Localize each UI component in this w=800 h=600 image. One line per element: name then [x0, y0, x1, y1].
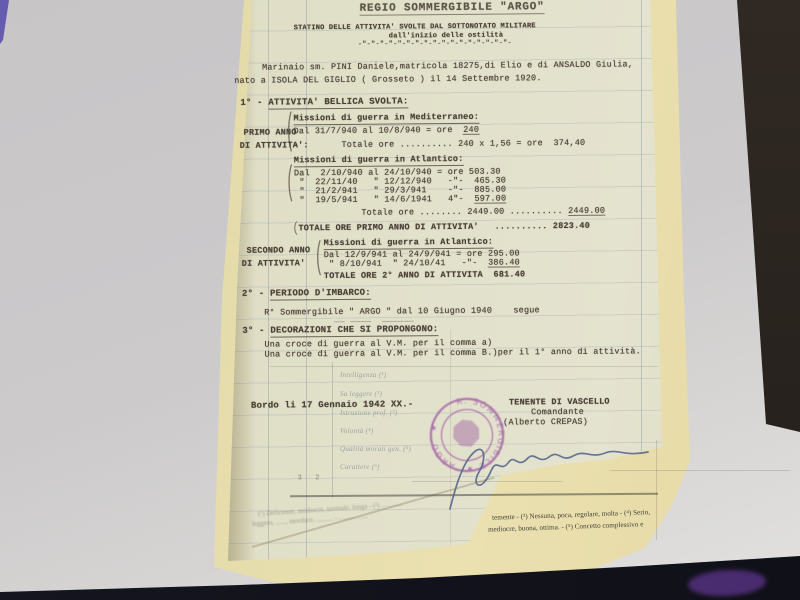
- section3-number: 3° -: [242, 326, 270, 336]
- mediterranean-missions-title: Missioni di guerra in Mediterraneo:: [293, 112, 479, 126]
- decoration-line-2: Una croce di guerra al V.M. per il comma…: [265, 346, 641, 359]
- year1-total-row: TOTALE ORE PRIMO ANNO DI ATTIVITA' .....…: [298, 221, 590, 234]
- section3-title: DECORAZIONI CHE SI PROPONGONO:: [270, 324, 438, 337]
- section2-title: PERIODO D'IMBARCO:: [270, 288, 371, 301]
- stamp-crest: [449, 416, 484, 452]
- subject-line-2: nato a ISOLA DEL GIGLIO ( Grosseto ) il …: [234, 73, 542, 86]
- mediterranean-mission-row: Dal 31/7/940 al 10/8/940 = ore 240: [294, 125, 480, 137]
- year2-total-row: TOTALE ORE 2° ANNO DI ATTIVITA 681.40: [324, 269, 526, 281]
- section1-title: ATTIVITA' BELLICA SVOLTA:: [268, 96, 408, 109]
- mediterranean-total-row: - Totale ore .......... 240 x 1,56 = ore…: [294, 138, 586, 151]
- underline-2449: [568, 215, 605, 216]
- year2-label-line1: SECONDO ANNO: [247, 245, 311, 256]
- signoff-role: Comandante: [531, 407, 584, 417]
- stamp-seal-icon: R. SOMMERGIBILE ★ "ARGO" ★: [420, 388, 514, 482]
- place-date-line: Bordo li 17 Gennaio 1942 XX.-: [251, 399, 414, 410]
- atlantic-missions-title: Missioni di guerra in Atlantico:: [294, 154, 464, 167]
- photo-of-document: temente - (³) Nessuna, poca, regolare, m…: [0, 0, 800, 600]
- signoff-name: (Alberto CREPAS): [503, 417, 588, 428]
- signoff-rank: TENENTE DI VASCELLO: [509, 397, 610, 408]
- underline-240: [463, 134, 480, 135]
- underline-386: [488, 266, 520, 267]
- subject-line-1: Marinaio sm. PINI Daniele,matricola 1827…: [262, 59, 633, 72]
- typed-content: REGIO SOMMERGIBILE "ARGO" STATINO DELLE …: [0, 0, 800, 600]
- submarine-argo-stamp: R. SOMMERGIBILE ★ "ARGO" ★: [420, 388, 514, 482]
- section3-heading: 3° - DECORAZIONI CHE SI PROPONGONO:: [242, 324, 438, 336]
- document-title: REGIO SOMMERGIBILE "ARGO": [360, 2, 545, 16]
- section1-heading: 1° - ATTIVITA' BELLICA SVOLTA:: [240, 96, 408, 107]
- section2-number: 2° -: [242, 289, 270, 299]
- section1-number: 1° -: [240, 98, 268, 108]
- subtitle-underline-dashes: -"-"-"-"-"-"-"-"-"-"-"-"-"-"-"-"-"-: [358, 38, 512, 49]
- year2-brace: (: [315, 240, 324, 281]
- table-cell-marks: 3 2: [298, 473, 320, 483]
- year2-label-line2: DI ATTIVITA': [242, 258, 306, 269]
- underline-597: [474, 203, 506, 204]
- section2-heading: 2° - PERIODO D'IMBARCO:: [242, 288, 371, 299]
